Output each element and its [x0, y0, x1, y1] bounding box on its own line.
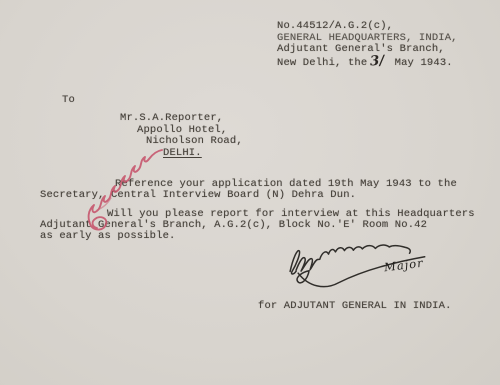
- reference-number: No.44512/A.G.2(c),: [277, 21, 458, 33]
- letter-header: No.44512/A.G.2(c), GENERAL HEADQUARTERS,…: [277, 21, 458, 67]
- organization-line: GENERAL HEADQUARTERS, INDIA,: [277, 33, 458, 45]
- branch-line: Adjutant General's Branch,: [277, 44, 458, 56]
- date-suffix: May 1943.: [395, 58, 453, 70]
- date-line: New Delhi, the 3/ May 1943.: [277, 56, 458, 68]
- recipient-address-line3: Nicholson Road,: [120, 136, 243, 148]
- recipient-name: Mr.S.A.Reporter,: [120, 113, 243, 125]
- date-prefix: New Delhi, the: [277, 58, 367, 70]
- letter-scan: No.44512/A.G.2(c), GENERAL HEADQUARTERS,…: [0, 0, 500, 385]
- salutation: To: [62, 95, 75, 107]
- handwritten-day: 3/: [370, 55, 385, 67]
- signoff-line: for ADJUTANT GENERAL IN INDIA.: [258, 301, 452, 313]
- red-ink-annotation: [75, 148, 170, 233]
